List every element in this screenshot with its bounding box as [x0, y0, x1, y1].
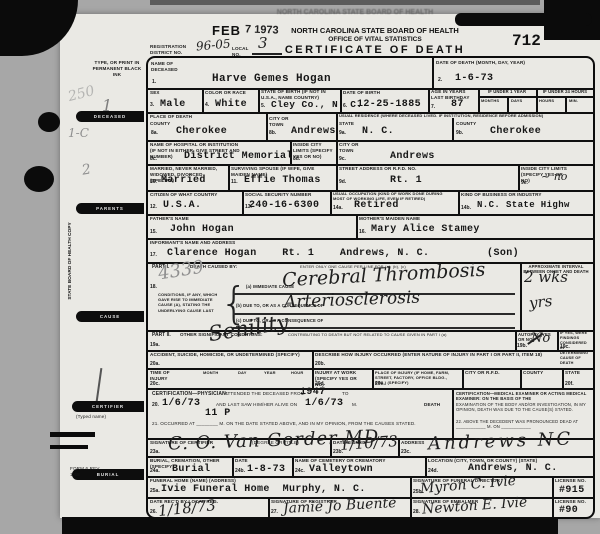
how-injury-num: 20b. [315, 361, 325, 367]
phys-from-value: 1947 [300, 387, 326, 398]
pod-header: PLACE OF DEATH [150, 114, 192, 120]
certificate-number: 712 [512, 32, 541, 50]
informant-num: 17. [150, 252, 157, 258]
under24-hours: HOURS [539, 98, 554, 103]
tab-cause: CAUSE [76, 311, 144, 322]
ink-blot [38, 112, 60, 132]
license1-value: #915 [559, 485, 585, 496]
phys-to-label: TO [342, 391, 349, 397]
time-hour: HOUR [291, 370, 303, 375]
pod-city-num: 8b. [269, 130, 276, 136]
race-num: 4. [205, 102, 209, 108]
inside-limits-9e-value: ~ no [541, 170, 567, 183]
father-label: FATHER'S NAME [150, 216, 189, 222]
father-num: 15. [150, 229, 157, 235]
cause-a-num: 18. [150, 284, 157, 290]
under1-days: DAYS [511, 98, 522, 103]
phys-last-value: 1/6/73 [305, 398, 343, 409]
industry-value: N.C. State Highw [477, 200, 570, 210]
ssn-label: SOCIAL SECURITY NUMBER [245, 192, 325, 198]
informant-label: INFORMANT'S NAME AND ADDRESS [150, 240, 235, 246]
under24-min: MIN. [569, 98, 578, 103]
certificate-title: CERTIFICATE OF DEATH [258, 44, 492, 56]
cemetery-num: 24c. [295, 468, 305, 474]
res-county-num: 9b. [456, 130, 463, 136]
spouse-num: 11. [231, 179, 238, 185]
under1-months: MONTHS [481, 98, 499, 103]
burial-date-value: 1-8-73 [247, 464, 285, 475]
me-cert-1: EXAMINATION OF THE BODY AND/OR INVESTIGA… [456, 402, 590, 413]
mother-num: 16. [359, 229, 366, 235]
dod-num: 2. [438, 77, 442, 83]
race-value: White [215, 99, 247, 110]
res-state-label: STATE [339, 121, 354, 127]
informant-value: Clarence Hogan Rt. 1 Andrews, N. C. (Son… [167, 248, 519, 259]
phys-to-value: 1/6/73 [162, 398, 200, 409]
name-value: Harve Gemes Hogan [212, 73, 331, 85]
citizen-num: 12. [150, 204, 157, 210]
age-value: 87 [451, 99, 464, 110]
residence-header: USUAL RESIDENCE (WHERE DECEASED LIVED. I… [339, 113, 591, 118]
how-injury-label: DESCRIBE HOW INJURY OCCURRED (ENTER NATU… [315, 352, 587, 358]
burial-type-value: Burial [172, 464, 210, 475]
name-num: 1. [152, 79, 156, 85]
under24-label: IF UNDER 24 HOURS [537, 89, 593, 94]
race-label: COLOR OR RACE [205, 90, 246, 96]
scan-mark-2 [50, 445, 88, 449]
sig-certifier-num: 23a. [150, 449, 160, 455]
marital-num: 10. [150, 179, 157, 185]
pod-city-value: Andrews [291, 126, 336, 137]
street-label: STREET ADDRESS OR R.F.D. NO. [339, 166, 449, 172]
death-certificate-scan: NORTH CAROLINA STATE BOARD OF HEALTH FEB… [0, 0, 600, 534]
under1-label: IF UNDER 1 YEAR [479, 89, 535, 94]
street-value: Rt. 1 [390, 175, 422, 186]
place-injury-label: PLACE OF INJURY (IF HOME, FARM, STREET, … [375, 370, 459, 386]
hole-punch [24, 166, 54, 192]
phys-m-label: M. [352, 402, 357, 408]
tab-certifier-sub: (Typed name) [76, 414, 106, 420]
injury-state-label: STATE [565, 370, 580, 376]
occupation-num: 14a. [333, 205, 343, 211]
conditions-note: CONDITIONS, IF ANY, WHICH GAVE RISE TO I… [158, 292, 218, 313]
age-num: 7. [431, 104, 435, 110]
injury-county-label: COUNTY [523, 370, 543, 376]
street-num: 9d. [339, 179, 346, 185]
pod-county-num: 8a. [151, 130, 158, 136]
margin-print-note: TYPE, OR PRINT IN PERMANENT BLACK INK [90, 60, 144, 78]
res-state-value: N. C. [362, 126, 394, 137]
sig-registrar-num: 27. [271, 509, 278, 515]
marital-value: Married [161, 175, 206, 186]
dob-label: DATE OF BIRTH [343, 90, 380, 96]
spouse-value: Effie Thomas [244, 175, 321, 186]
me-cert-title: CERTIFICATION—MEDICAL EXAMINER OR ACTING… [456, 391, 590, 402]
autopsy-num: 19b. [517, 343, 527, 349]
time-year: YEAR [264, 370, 276, 375]
tab-certifier: CERTIFIER [72, 401, 144, 412]
accident-label: ACCIDENT, SUICIDE, HOMICIDE, OR UNDETERM… [150, 352, 308, 358]
cause-a-interval: 2 wks [524, 268, 568, 286]
dob-num: 6. [343, 103, 347, 109]
ghost-header-text: NORTH CAROLINA STATE BOARD OF HEALTH [230, 9, 480, 16]
copy-designation: STATE BOARD OF HEALTH COPY [67, 221, 93, 301]
findings-num: 19c. [560, 344, 570, 350]
citizen-label: CITIZEN OF WHAT COUNTRY [150, 192, 230, 198]
address-label: ADDRESS [401, 440, 425, 446]
registration-district-value: 96-05 [195, 37, 231, 54]
name-label: NAME OF DECEASED [151, 61, 193, 73]
hospital-value: District Memorial [184, 151, 293, 162]
res-city-label: CITY OR TOWN [339, 142, 369, 154]
accident-num: 20a. [150, 361, 160, 367]
father-value: John Hogan [170, 224, 234, 235]
occupation-value: Retired [354, 200, 399, 211]
industry-label: KIND OF BUSINESS OR INDUSTRY [461, 192, 571, 198]
res-city-num: 9c. [339, 156, 346, 162]
res-city-value: Andrews [390, 151, 435, 162]
phys-cert-3: 21. OCCURRED AT ________ M. ON THE DATE … [152, 421, 447, 427]
injury-state-num: 20f. [565, 381, 574, 387]
inside-limits-8d-num: 8d. [293, 156, 300, 162]
time-day: DAY [238, 370, 247, 375]
phys-hour-value: 11 P [205, 408, 231, 419]
inside-limits-9e-num: 9e. [521, 180, 528, 186]
scan-edge-top [150, 0, 540, 5]
location-num: 24d. [428, 468, 438, 474]
mother-value: Mary Alice Stamey [371, 224, 480, 235]
time-injury-num: 20c. [150, 381, 160, 387]
place-injury-num: 20e. [375, 381, 385, 387]
time-month: MONTH [203, 370, 218, 375]
phys-cert-title: CERTIFICATION—PHYSICIAN: [152, 391, 228, 398]
citizen-value: U.S.A. [163, 200, 201, 211]
tab-deceased: DECEASED [76, 111, 144, 122]
office-title: OFFICE OF VITAL STATISTICS [268, 36, 482, 43]
sex-num: 3. [150, 102, 154, 108]
mother-label: MOTHER'S MAIDEN NAME [359, 216, 420, 222]
hospital-num: 8c. [150, 156, 157, 162]
license2-value: #90 [559, 505, 578, 516]
sig-embalmer-num: 28. [413, 509, 420, 515]
address-num: 23c. [401, 449, 411, 455]
dob-value: 12-25-1885 [357, 99, 421, 110]
tab-parents: PARENTS [76, 203, 144, 214]
scan-mark-1 [50, 432, 95, 437]
cause-b-interval: yrs [528, 292, 553, 312]
dod-label: DATE OF DEATH (MONTH, DAY, YEAR) [436, 60, 591, 66]
phys-line2-num: 20. [152, 402, 159, 408]
date-recd-num: 26. [150, 509, 157, 515]
res-county-value: Cherokee [490, 126, 541, 137]
part2-label: PART II. [152, 332, 171, 338]
birth-state-num: 5. [261, 103, 265, 109]
phys-death-label: DEATH [424, 402, 440, 408]
license1-label: LICENSE NO. [555, 478, 586, 484]
ssn-value: 240-16-6300 [249, 200, 319, 211]
scan-edge-bottom [62, 517, 558, 534]
burial-date-num: 24b. [235, 468, 245, 474]
form-footer: FORM 6 REV. 1-68 [70, 466, 104, 478]
res-county-label: COUNTY [456, 121, 476, 127]
res-state-num: 9a. [339, 130, 346, 136]
burial-date-label: DATE [235, 458, 248, 464]
other-conditions-note: CONTRIBUTING TO DEATH BUT NOT RELATED TO… [288, 332, 498, 337]
burial-type-num: 24a. [150, 468, 160, 474]
funeral-home-value: Ivie Funeral Home Murphy, N. C. [161, 484, 366, 495]
city-rfd-label: CITY OR R.F.D. [465, 370, 500, 376]
dod-value: 1-6-73 [455, 73, 493, 84]
cemetery-value: Valleytown [309, 464, 373, 475]
other-num: 19a. [150, 342, 160, 348]
sex-value: Male [160, 99, 186, 110]
pencil-1c: 1-C [68, 126, 89, 140]
birth-state-value: Cley Co., N. C. [271, 99, 363, 110]
industry-num: 14b. [461, 205, 471, 211]
pod-county-label: COUNTY [150, 121, 170, 127]
board-title: NORTH CAROLINA STATE BOARD OF HEALTH [268, 26, 482, 35]
funeral-home-num: 25a. [150, 488, 160, 494]
phys-cert-1: I ATTENDED THE DECEASED FROM [222, 391, 305, 397]
sex-label: SEX [150, 90, 160, 96]
pod-county-value: Cherokee [176, 126, 227, 137]
